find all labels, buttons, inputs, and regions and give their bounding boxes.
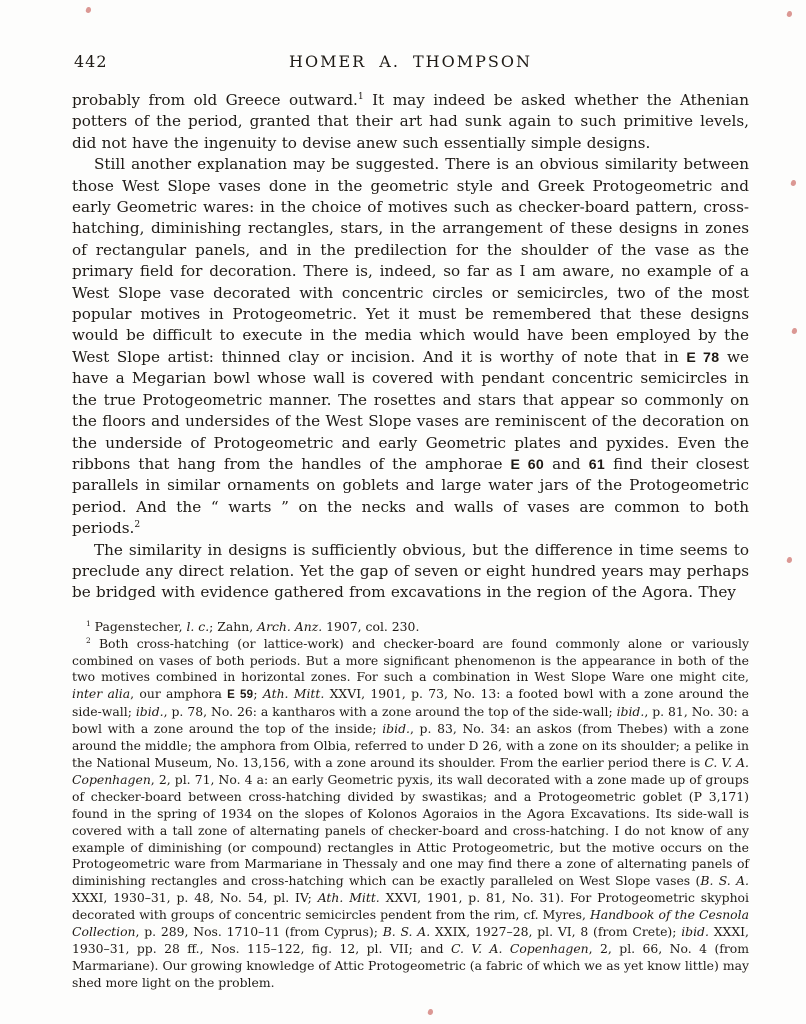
text-run: Both cross-hatching (or lattice-work) an… — [72, 636, 749, 685]
scanned-paper-page: 442 HOMER A. THOMPSON probably from old … — [0, 0, 806, 1024]
catalog-number: E 78 — [686, 349, 719, 365]
text-run: 1907, col. 230. — [322, 619, 419, 634]
text-run: and — [544, 455, 589, 473]
citation-text: ibid. — [382, 721, 410, 736]
red-ink-speck — [786, 556, 793, 563]
catalog-number: E 60 — [511, 456, 545, 472]
catalog-number: 61 — [589, 456, 605, 472]
footnote: 2 Both cross-hatching (or lattice-work) … — [72, 636, 749, 992]
footnotes: 1 Pagenstecher, l. c.; Zahn, Arch. Anz. … — [72, 619, 749, 992]
citation-text: ibid. — [136, 704, 164, 719]
text-run: , 2, pl. 71, No. 4 a: an early Geometric… — [72, 772, 749, 888]
citation-text: Ath. Mitt. — [263, 686, 324, 701]
citation-text: Ath. Mitt. — [318, 890, 380, 905]
red-ink-speck — [786, 10, 793, 17]
citation-text: inter alia — [72, 686, 130, 701]
footnote: 1 Pagenstecher, l. c.; Zahn, Arch. Anz. … — [72, 619, 749, 636]
text-run: Still another explanation may be suggest… — [72, 155, 749, 366]
text-run: ; Zahn, — [209, 619, 257, 634]
running-title: HOMER A. THOMPSON — [72, 52, 749, 71]
catalog-number: E 59 — [227, 689, 253, 701]
body-paragraph: probably from old Greece outward.1 It ma… — [72, 90, 749, 154]
text-run: The similarity in designs is sufficientl… — [72, 541, 749, 602]
text-run: XXXI, 1930–31, p. 48, No. 54, pl. IV; — [72, 890, 318, 905]
running-head: 442 HOMER A. THOMPSON — [72, 52, 749, 74]
text-run: , p. 289, Nos. 1710–11 (from Cyprus); — [136, 924, 383, 939]
text-run: , our amphora — [130, 686, 227, 701]
citation-text: ibid. — [617, 704, 645, 719]
text-run: XXIX, 1927–28, pl. VI, 8 (from Crete); — [430, 924, 681, 939]
body-paragraph: The similarity in designs is sufficientl… — [72, 540, 749, 604]
citation-text: ibid. — [681, 924, 709, 939]
red-ink-speck — [790, 179, 797, 186]
text-run: ; — [253, 686, 262, 701]
red-ink-speck — [85, 6, 92, 13]
text-run: probably from old Greece outward. — [72, 91, 358, 109]
body-paragraph: Still another explanation may be suggest… — [72, 154, 749, 539]
red-ink-speck — [427, 1008, 434, 1015]
citation-text: B. S. A. — [383, 924, 430, 939]
citation-text: Arch. Anz. — [257, 619, 322, 634]
citation-text: l. c. — [186, 619, 209, 634]
citation-text: B. S. A. — [700, 873, 749, 888]
footnote-marker: 2 — [134, 520, 140, 530]
citation-text: C. V. A. Copenhagen — [451, 941, 589, 956]
body-text: probably from old Greece outward.1 It ma… — [72, 90, 749, 604]
red-ink-speck — [791, 327, 798, 334]
text-run: , p. 78, No. 26: a kantharos with a zone… — [164, 704, 617, 719]
text-run: Pagenstecher, — [91, 619, 187, 634]
